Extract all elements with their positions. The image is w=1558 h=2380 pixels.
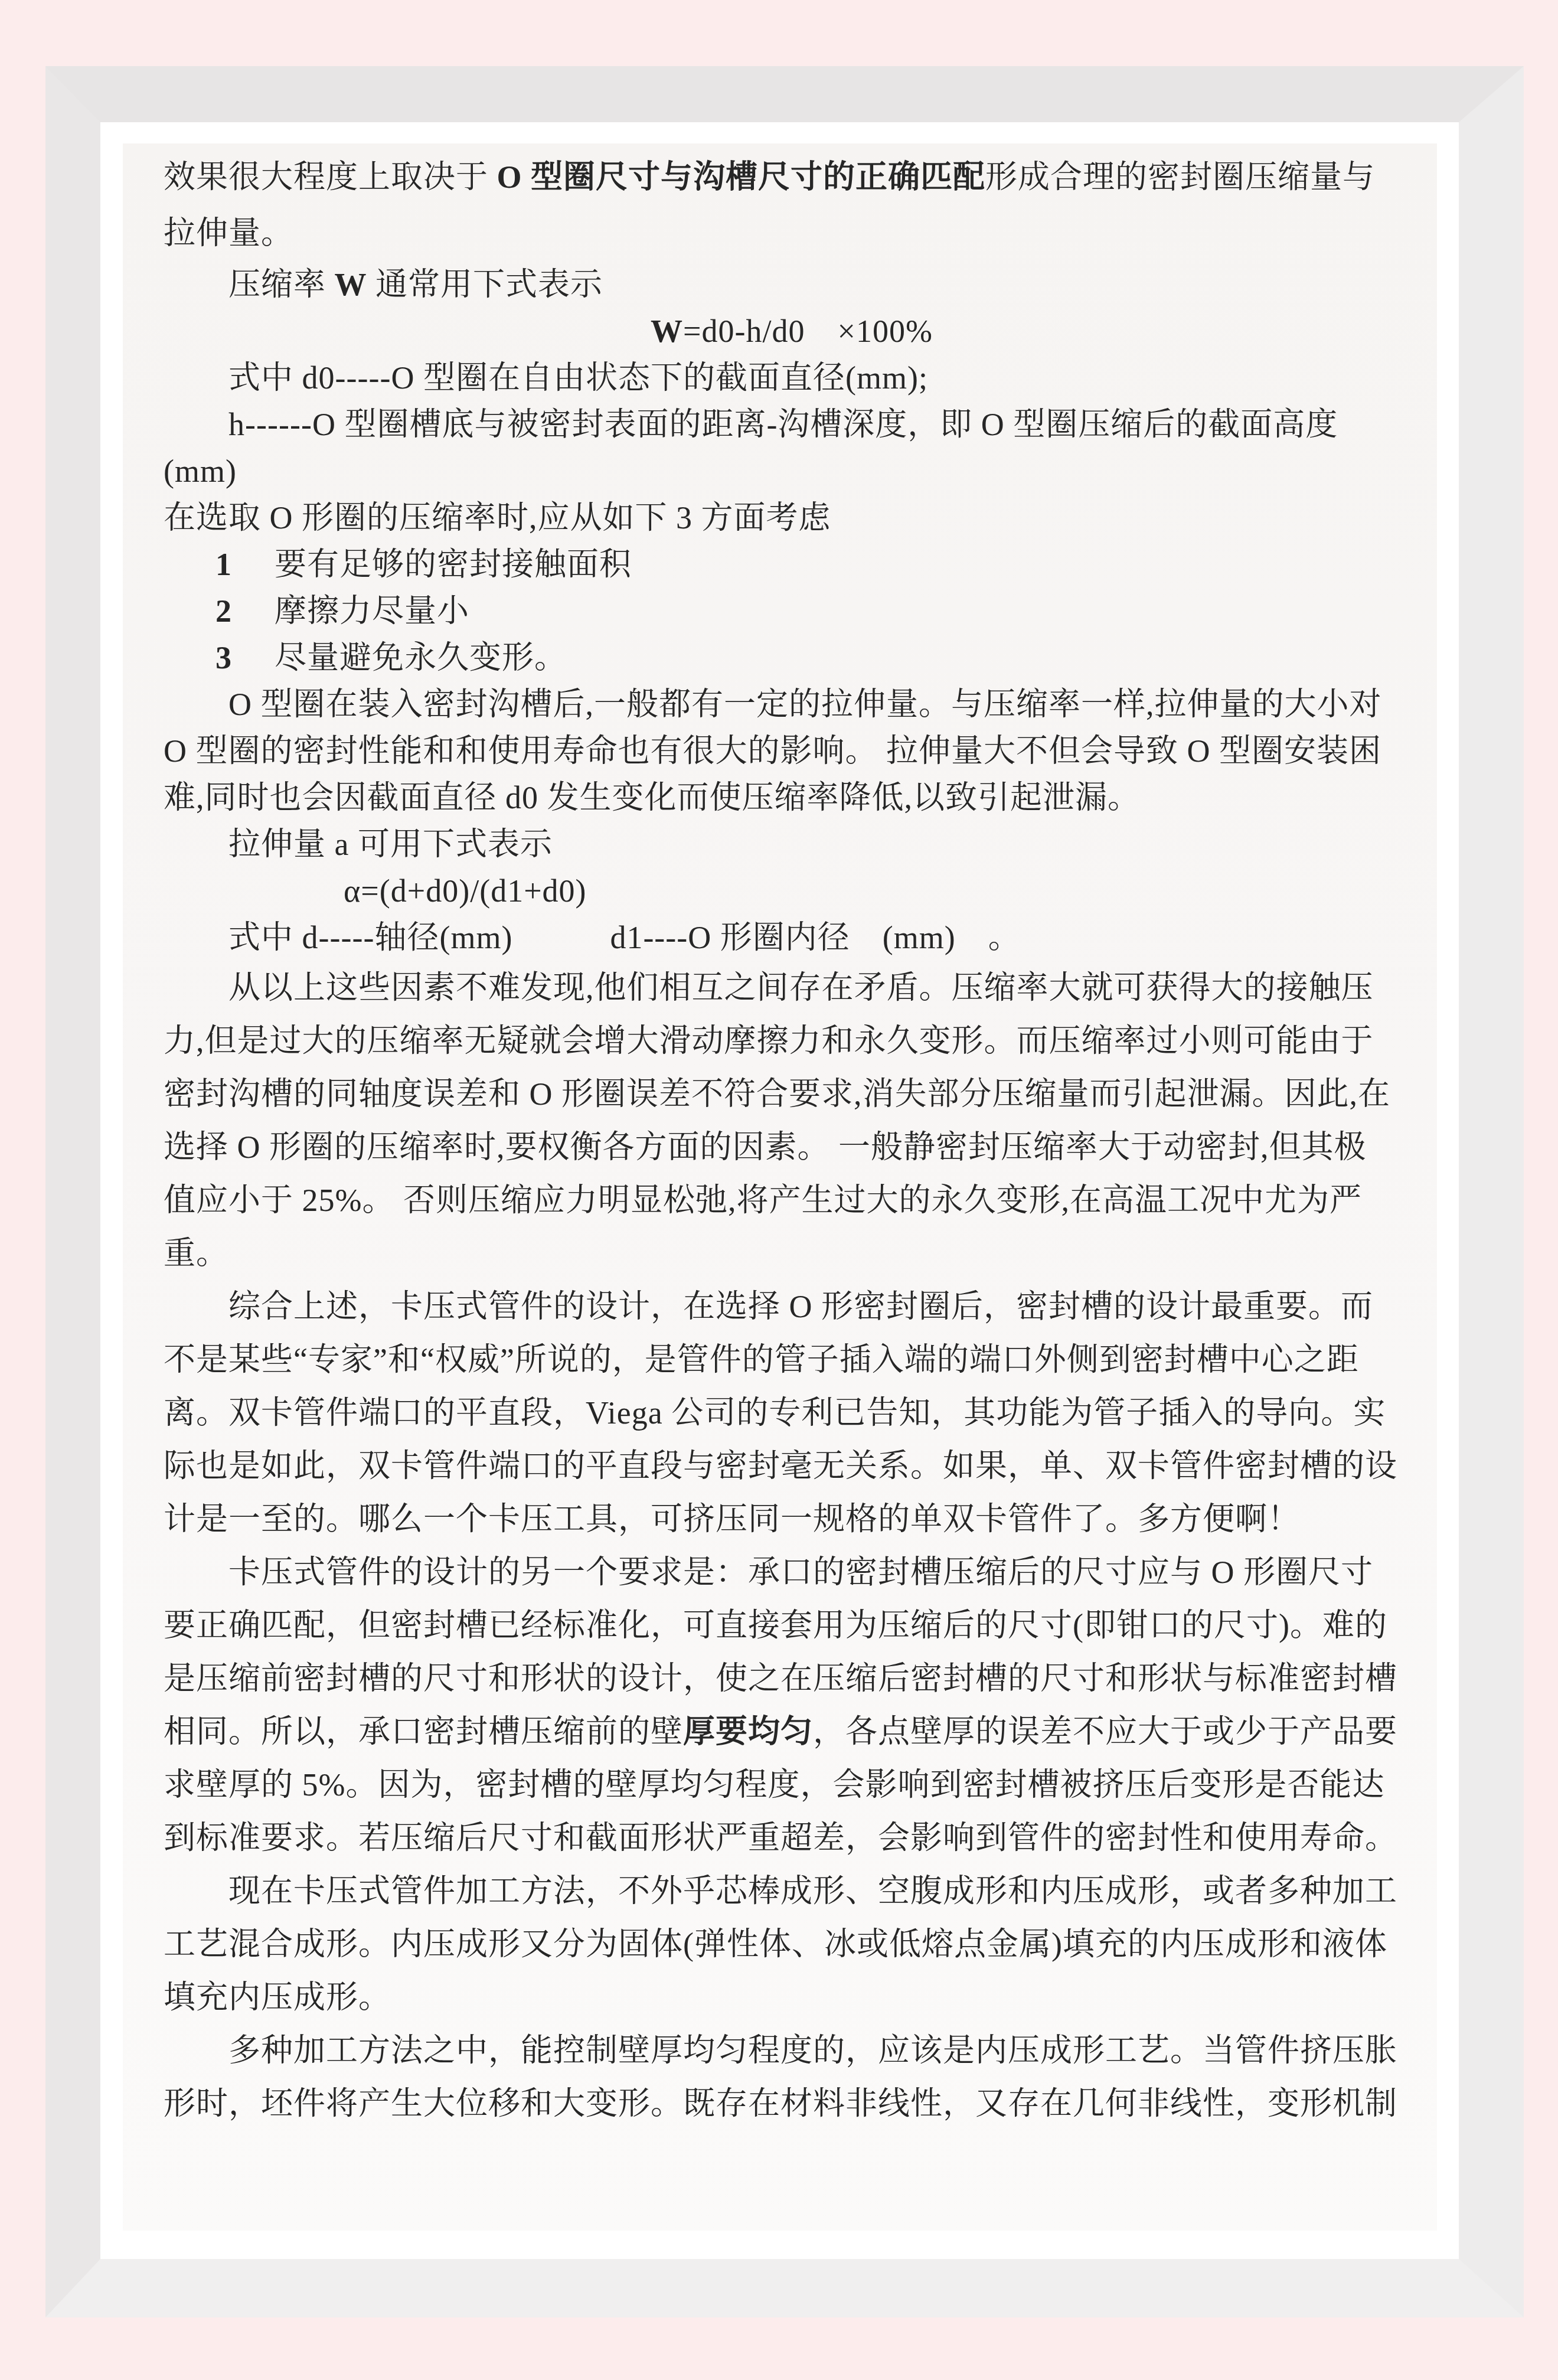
line-d0-definition: 式中 d0-----O 型圈在自由状态下的截面直径(mm); xyxy=(164,355,1397,401)
paragraph-wall-thickness: 卡压式管件的设计的另一个要求是：承口的密封槽压缩后的尺寸应与 O 形圈尺寸要正确… xyxy=(164,1546,1397,1865)
line-selection-note: 在选取 O 形圈的压缩率时,应从如下 3 方面考虑 xyxy=(164,495,1397,541)
formula-compression-rate: W=d0-h/d0 ×100% xyxy=(164,308,1397,355)
text-run: 压缩率 xyxy=(228,267,335,302)
document-text: 效果很大程度上取决于 O 型圈尺寸与沟槽尺寸的正确匹配形成合理的密封圈压缩量与拉… xyxy=(123,143,1437,2231)
list-number: 3 xyxy=(215,635,275,681)
list-text: 摩擦力尽量小 xyxy=(275,593,469,629)
list-number: 1 xyxy=(215,541,275,588)
document-page: 效果很大程度上取决于 O 型圈尺寸与沟槽尺寸的正确匹配形成合理的密封圈压缩量与拉… xyxy=(123,143,1437,2231)
page-mat: 效果很大程度上取决于 O 型圈尺寸与沟槽尺寸的正确匹配形成合理的密封圈压缩量与拉… xyxy=(100,122,1459,2259)
paragraph-groove-design: 综合上述，卡压式管件的设计，在选择 O 形密封圈后，密封槽的设计最重要。而不是某… xyxy=(164,1280,1397,1546)
paragraph-opening: 效果很大程度上取决于 O 型圈尺寸与沟槽尺寸的正确匹配形成合理的密封圈压缩量与拉… xyxy=(164,149,1397,262)
list-number: 2 xyxy=(215,588,275,635)
backdrop: 效果很大程度上取决于 O 型圈尺寸与沟槽尺寸的正确匹配形成合理的密封圈压缩量与拉… xyxy=(0,0,1558,2380)
paragraph-processing-methods: 现在卡压式管件加工方法，不外乎芯棒成形、空腹成形和内压成形，或者多种加工工艺混合… xyxy=(164,1865,1397,2024)
line-d-definition: 式中 d-----轴径(mm) d1----O 形圈内径 (mm) 。 xyxy=(164,915,1397,961)
scan-frame: 效果很大程度上取决于 O 型圈尺寸与沟槽尺寸的正确匹配形成合理的密封圈压缩量与拉… xyxy=(45,66,1524,2317)
text-run-bold: 厚要均匀 xyxy=(683,1714,813,1749)
formula-stretch: α=(d+d0)/(d1+d0) xyxy=(164,868,1397,915)
formula-symbol: W xyxy=(651,314,683,349)
list-item-1: 1要有足够的密封接触面积 xyxy=(164,541,1397,588)
text-run-bold: O 型圈尺寸与沟槽尺寸的正确匹配 xyxy=(497,159,986,195)
text-run: 效果很大程度上取决于 xyxy=(164,159,497,195)
list-text: 要有足够的密封接触面积 xyxy=(275,547,632,582)
list-item-2: 2摩擦力尽量小 xyxy=(164,588,1397,635)
formula-body: =d0-h/d0 ×100% xyxy=(683,314,933,349)
text-run: 通常用下式表示 xyxy=(367,267,603,302)
line-stretch-intro: 拉伸量 a 可用下式表示 xyxy=(164,821,1397,868)
list-text: 尽量避免永久变形。 xyxy=(275,640,567,675)
list-item-3: 3尽量避免永久变形。 xyxy=(164,635,1397,681)
paragraph-factor-tradeoffs: 从以上这些因素不难发现,他们相互之间存在矛盾。压缩率大就可获得大的接触压力,但是… xyxy=(164,961,1397,1280)
paragraph-stretch-amount: O 型圈在装入密封沟槽后,一般都有一定的拉伸量。与压缩率一样,拉伸量的大小对 O… xyxy=(164,681,1397,821)
line-h-definition: h------O 型圈槽底与被密封表面的距离-沟槽深度，即 O 型圈压缩后的截面… xyxy=(164,401,1397,495)
line-compression-rate-intro: 压缩率 W 通常用下式表示 xyxy=(164,262,1397,308)
paragraph-internal-pressure-forming: 多种加工方法之中，能控制壁厚均匀程度的，应该是内压成形工艺。当管件挤压胀形时，坯… xyxy=(164,2024,1397,2130)
text-run-bold: W xyxy=(335,267,367,302)
